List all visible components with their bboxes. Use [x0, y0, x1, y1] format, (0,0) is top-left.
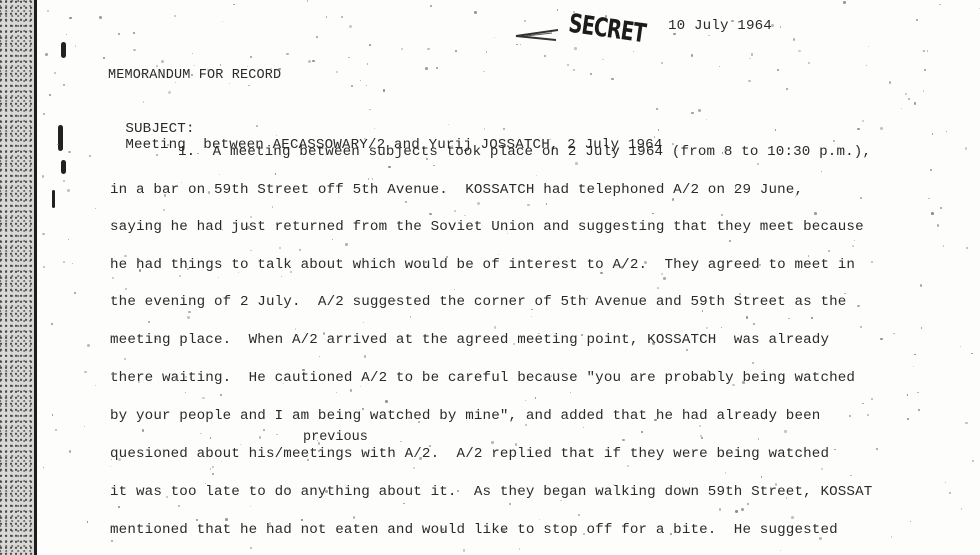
noise-speck [893, 333, 895, 335]
noise-speck [457, 490, 459, 492]
noise-speck [202, 397, 204, 399]
noise-speck [429, 445, 431, 447]
noise-speck [410, 316, 412, 318]
noise-speck [661, 62, 663, 64]
noise-speck [474, 11, 477, 14]
noise-speck [652, 213, 653, 214]
noise-speck [698, 109, 701, 112]
noise-speck [185, 376, 187, 378]
noise-speck [573, 69, 575, 71]
noise-speck [350, 389, 353, 392]
noise-speck [965, 147, 968, 150]
noise-speck [699, 425, 701, 427]
noise-speck [360, 80, 361, 81]
noise-speck [627, 465, 629, 467]
noise-speck [99, 16, 102, 19]
noise-speck [553, 493, 555, 495]
noise-speck [275, 173, 277, 175]
noise-speck [229, 83, 230, 84]
noise-speck [433, 165, 434, 166]
noise-speck [369, 44, 371, 46]
noise-speck [281, 276, 282, 277]
noise-speck [491, 441, 494, 444]
noise-speck [187, 268, 189, 270]
noise-speck [166, 496, 168, 498]
noise-speck [89, 155, 91, 157]
noise-speck [786, 497, 787, 498]
noise-speck [811, 317, 813, 319]
noise-speck [55, 429, 57, 431]
noise-speck [798, 50, 801, 53]
noise-speck [250, 250, 251, 251]
noise-speck [780, 550, 781, 551]
noise-speck [428, 378, 429, 379]
noise-speck [546, 203, 548, 205]
noise-speck [74, 292, 76, 294]
noise-speck [971, 353, 973, 355]
noise-speck [142, 429, 144, 431]
noise-speck [923, 90, 924, 91]
noise-speck [247, 226, 250, 229]
memo-heading: MEMORANDUM FOR RECORD [108, 68, 281, 83]
noise-speck [833, 140, 835, 142]
margin-mark [58, 125, 63, 151]
noise-speck [400, 441, 401, 442]
noise-speck [269, 522, 271, 524]
noise-speck [272, 206, 273, 207]
noise-speck [691, 112, 693, 114]
noise-speck [363, 322, 364, 323]
noise-speck [520, 44, 522, 46]
noise-speck [168, 91, 170, 93]
noise-speck [574, 47, 577, 50]
noise-speck [318, 450, 320, 452]
noise-speck [545, 340, 546, 341]
body-line: meeting place. When A/2 arrived at the a… [110, 332, 829, 348]
noise-speck [262, 412, 263, 413]
noise-speck [308, 60, 311, 63]
noise-speck [54, 72, 56, 74]
noise-speck [63, 261, 65, 263]
noise-speck [759, 264, 761, 266]
noise-speck [250, 506, 251, 507]
noise-speck [463, 549, 466, 552]
noise-speck [143, 101, 144, 102]
noise-speck [405, 201, 407, 203]
noise-speck [43, 467, 44, 468]
noise-speck [843, 1, 846, 4]
noise-speck [286, 53, 288, 55]
body-line: there waiting. He cautioned A/2 to be ca… [110, 370, 855, 386]
noise-speck [84, 371, 87, 374]
noise-speck [611, 78, 614, 81]
noise-speck [932, 133, 933, 134]
noise-speck [945, 482, 946, 483]
noise-speck [819, 537, 821, 539]
noise-speck [141, 73, 143, 75]
noise-speck [928, 198, 929, 199]
noise-speck [914, 102, 916, 104]
noise-speck [477, 202, 480, 205]
noise-speck [708, 35, 709, 36]
noise-speck [483, 71, 485, 73]
noise-speck [749, 58, 750, 59]
noise-speck [791, 516, 794, 519]
noise-speck [531, 316, 532, 317]
noise-speck [641, 149, 643, 151]
noise-speck [583, 533, 585, 535]
noise-speck [868, 46, 869, 47]
noise-speck [751, 53, 754, 56]
noise-speck [212, 473, 214, 475]
noise-speck [220, 394, 222, 396]
noise-speck [219, 174, 220, 175]
noise-speck [741, 508, 744, 511]
noise-speck [706, 119, 707, 120]
noise-speck [889, 81, 891, 83]
noise-speck [860, 197, 862, 199]
noise-speck [458, 530, 459, 531]
noise-speck [544, 55, 546, 57]
noise-speck [786, 88, 787, 89]
noise-speck [871, 261, 872, 262]
noise-speck [319, 356, 320, 357]
noise-speck [47, 10, 49, 12]
page-border-line [34, 0, 37, 555]
noise-speck [161, 60, 164, 63]
noise-speck [724, 149, 726, 151]
noise-speck [797, 449, 798, 450]
noise-speck [966, 247, 967, 248]
noise-speck [345, 243, 348, 246]
noise-speck [507, 233, 508, 234]
noise-speck [351, 85, 353, 87]
noise-speck [788, 318, 789, 319]
noise-speck [341, 16, 343, 18]
noise-speck [777, 69, 779, 71]
noise-speck [328, 191, 330, 193]
noise-speck [336, 392, 337, 393]
noise-speck [187, 316, 190, 319]
noise-speck [174, 15, 176, 17]
noise-speck [725, 472, 726, 473]
noise-speck [516, 44, 518, 46]
noise-speck [891, 536, 893, 538]
noise-speck [916, 19, 918, 21]
noise-speck [663, 277, 665, 279]
noise-speck [408, 417, 410, 419]
noise-speck [937, 224, 940, 227]
noise-speck [706, 327, 708, 329]
noise-speck [112, 277, 114, 279]
noise-speck [401, 48, 403, 50]
noise-speck [353, 516, 356, 519]
noise-speck [148, 321, 150, 323]
noise-speck [622, 439, 625, 442]
noise-speck [494, 326, 497, 329]
noise-speck [276, 434, 278, 436]
subject-label: SUBJECT: [125, 121, 194, 137]
noise-speck [513, 343, 515, 345]
noise-speck [233, 4, 235, 6]
noise-speck [220, 64, 222, 66]
noise-speck [250, 547, 252, 549]
noise-speck [194, 65, 195, 66]
noise-speck [656, 108, 658, 110]
noise-speck [901, 108, 903, 110]
noise-speck [850, 475, 852, 477]
noise-speck [240, 444, 241, 445]
noise-speck [210, 468, 211, 469]
noise-speck [427, 48, 429, 50]
margin-mark [61, 160, 66, 174]
noise-speck [946, 131, 947, 132]
noise-speck [763, 369, 764, 370]
noise-speck [446, 256, 448, 258]
noise-speck [910, 521, 911, 522]
noise-speck [686, 349, 689, 352]
noise-speck [110, 466, 111, 467]
noise-speck [758, 438, 760, 440]
noise-speck [95, 385, 97, 387]
noise-speck [852, 245, 854, 247]
noise-speck [757, 163, 759, 165]
noise-speck [746, 316, 749, 319]
noise-speck [383, 89, 385, 91]
noise-speck [960, 346, 961, 347]
noise-speck [312, 60, 315, 63]
noise-speck [372, 178, 373, 179]
body-line: mentioned that he had not eaten and woul… [110, 522, 838, 538]
noise-speck [336, 71, 337, 72]
noise-speck [247, 66, 248, 67]
noise-speck [118, 458, 121, 461]
noise-speck [42, 175, 45, 178]
noise-speck [907, 418, 909, 420]
noise-speck [325, 490, 328, 493]
noise-speck [263, 429, 265, 431]
body-line: he had things to talk about which would … [110, 257, 855, 273]
noise-speck [259, 436, 261, 438]
noise-speck [771, 24, 773, 26]
noise-speck [924, 69, 926, 71]
noise-speck [388, 166, 390, 168]
noise-speck [69, 450, 72, 453]
noise-speck [316, 36, 318, 38]
noise-speck [279, 247, 281, 249]
noise-speck [876, 448, 879, 451]
noise-speck [575, 162, 578, 165]
noise-speck [451, 145, 453, 147]
noise-speck [118, 506, 120, 508]
noise-speck [250, 216, 252, 218]
noise-speck [719, 66, 720, 67]
noise-speck [51, 323, 53, 325]
noise-speck [179, 275, 181, 277]
noise-speck [525, 424, 527, 426]
margin-mark [52, 190, 55, 208]
noise-speck [63, 180, 65, 182]
noise-speck [567, 64, 569, 66]
noise-speck [719, 508, 721, 510]
stamp-arrow-icon [512, 28, 560, 42]
noise-speck [633, 51, 635, 53]
noise-speck [133, 32, 134, 33]
noise-speck [360, 386, 361, 387]
noise-speck [66, 34, 68, 36]
noise-speck [775, 129, 776, 130]
noise-speck [914, 354, 915, 355]
noise-speck [111, 540, 113, 542]
scanned-page-edge [0, 0, 36, 555]
noise-speck [752, 362, 754, 364]
noise-speck [366, 85, 367, 86]
noise-speck [961, 508, 963, 510]
noise-speck [515, 443, 518, 446]
noise-speck [583, 427, 584, 428]
noise-speck [871, 398, 874, 401]
noise-speck [429, 213, 432, 216]
noise-speck [369, 109, 370, 110]
noise-speck [43, 266, 45, 268]
noise-speck [828, 250, 830, 252]
noise-speck [808, 62, 810, 64]
noise-speck [557, 373, 559, 375]
noise-speck [867, 414, 869, 416]
noise-speck [502, 530, 504, 532]
noise-speck [75, 45, 76, 46]
noise-speck [188, 311, 190, 313]
noise-speck [156, 65, 158, 67]
noise-speck [814, 212, 817, 215]
noise-speck [907, 394, 908, 395]
noise-speck [307, 0, 309, 2]
body-line: the evening of 2 July. A/2 suggested the… [110, 294, 846, 310]
noise-speck [222, 21, 223, 22]
noise-speck [536, 175, 537, 176]
noise-speck [880, 338, 883, 341]
noise-speck [918, 409, 920, 411]
noise-speck [560, 500, 562, 502]
noise-speck [454, 210, 456, 212]
noise-speck [208, 191, 210, 193]
noise-speck [368, 178, 370, 180]
noise-speck [200, 433, 201, 434]
noise-speck [590, 73, 591, 74]
noise-speck [425, 67, 428, 70]
noise-speck [69, 17, 72, 20]
noise-speck [701, 437, 703, 439]
noise-speck [301, 519, 302, 520]
noise-speck [52, 414, 53, 415]
noise-speck [539, 519, 540, 520]
noise-speck [570, 392, 571, 393]
noise-speck [600, 272, 603, 275]
noise-speck [931, 212, 934, 215]
noise-speck [940, 207, 942, 209]
noise-speck [156, 154, 158, 156]
noise-speck [578, 514, 580, 516]
noise-speck [927, 50, 929, 52]
noise-speck [721, 327, 722, 328]
noise-speck [702, 310, 704, 312]
noise-speck [43, 113, 45, 115]
noise-speck [248, 85, 249, 86]
noise-speck [125, 288, 127, 290]
noise-speck [920, 284, 923, 287]
noise-speck [464, 215, 466, 217]
body-line: it was too late to do anything about it.… [110, 484, 872, 500]
noise-speck [419, 457, 422, 460]
noise-speck [780, 26, 781, 27]
noise-speck [857, 305, 860, 308]
noise-speck [112, 372, 114, 374]
noise-speck [167, 144, 169, 146]
noise-speck [498, 254, 499, 255]
noise-speck [87, 344, 90, 347]
noise-speck [949, 492, 951, 494]
noise-speck [95, 208, 96, 209]
noise-speck [225, 518, 228, 521]
noise-speck [133, 49, 135, 51]
noise-speck [124, 255, 126, 257]
noise-speck [917, 392, 918, 393]
noise-speck [535, 397, 537, 399]
noise-speck [42, 233, 45, 236]
noise-speck [657, 287, 659, 289]
noise-speck [672, 198, 675, 201]
noise-speck [250, 56, 252, 58]
noise-speck [139, 269, 142, 272]
noise-speck [742, 381, 745, 384]
noise-speck [857, 128, 859, 130]
noise-speck [63, 84, 65, 86]
noise-speck [210, 437, 211, 438]
noise-speck [118, 33, 120, 35]
noise-speck [67, 189, 70, 192]
body-line: 1. A meeting between subjects took place… [178, 144, 871, 160]
noise-speck [45, 53, 48, 56]
noise-speck [862, 120, 864, 122]
noise-speck [930, 169, 932, 171]
noise-speck [371, 192, 372, 193]
noise-speck [494, 37, 495, 38]
noise-speck [753, 323, 755, 325]
noise-speck [531, 309, 533, 311]
noise-speck [509, 503, 511, 505]
noise-speck [299, 249, 301, 251]
noise-speck [68, 239, 69, 240]
noise-speck [747, 503, 749, 505]
noise-speck [557, 9, 559, 11]
noise-speck [72, 263, 73, 264]
noise-speck [721, 214, 723, 216]
noise-speck [923, 50, 925, 52]
margin-mark [61, 42, 66, 58]
noise-speck [185, 392, 186, 393]
noise-speck [385, 400, 388, 403]
noise-speck [348, 57, 349, 58]
noise-speck [732, 384, 734, 386]
noise-speck [527, 204, 530, 207]
noise-speck [673, 33, 675, 35]
noise-speck [860, 326, 862, 328]
noise-speck [332, 239, 333, 240]
noise-speck [735, 510, 737, 512]
noise-speck [862, 403, 864, 405]
noise-speck [192, 53, 193, 54]
noise-speck [602, 59, 603, 60]
